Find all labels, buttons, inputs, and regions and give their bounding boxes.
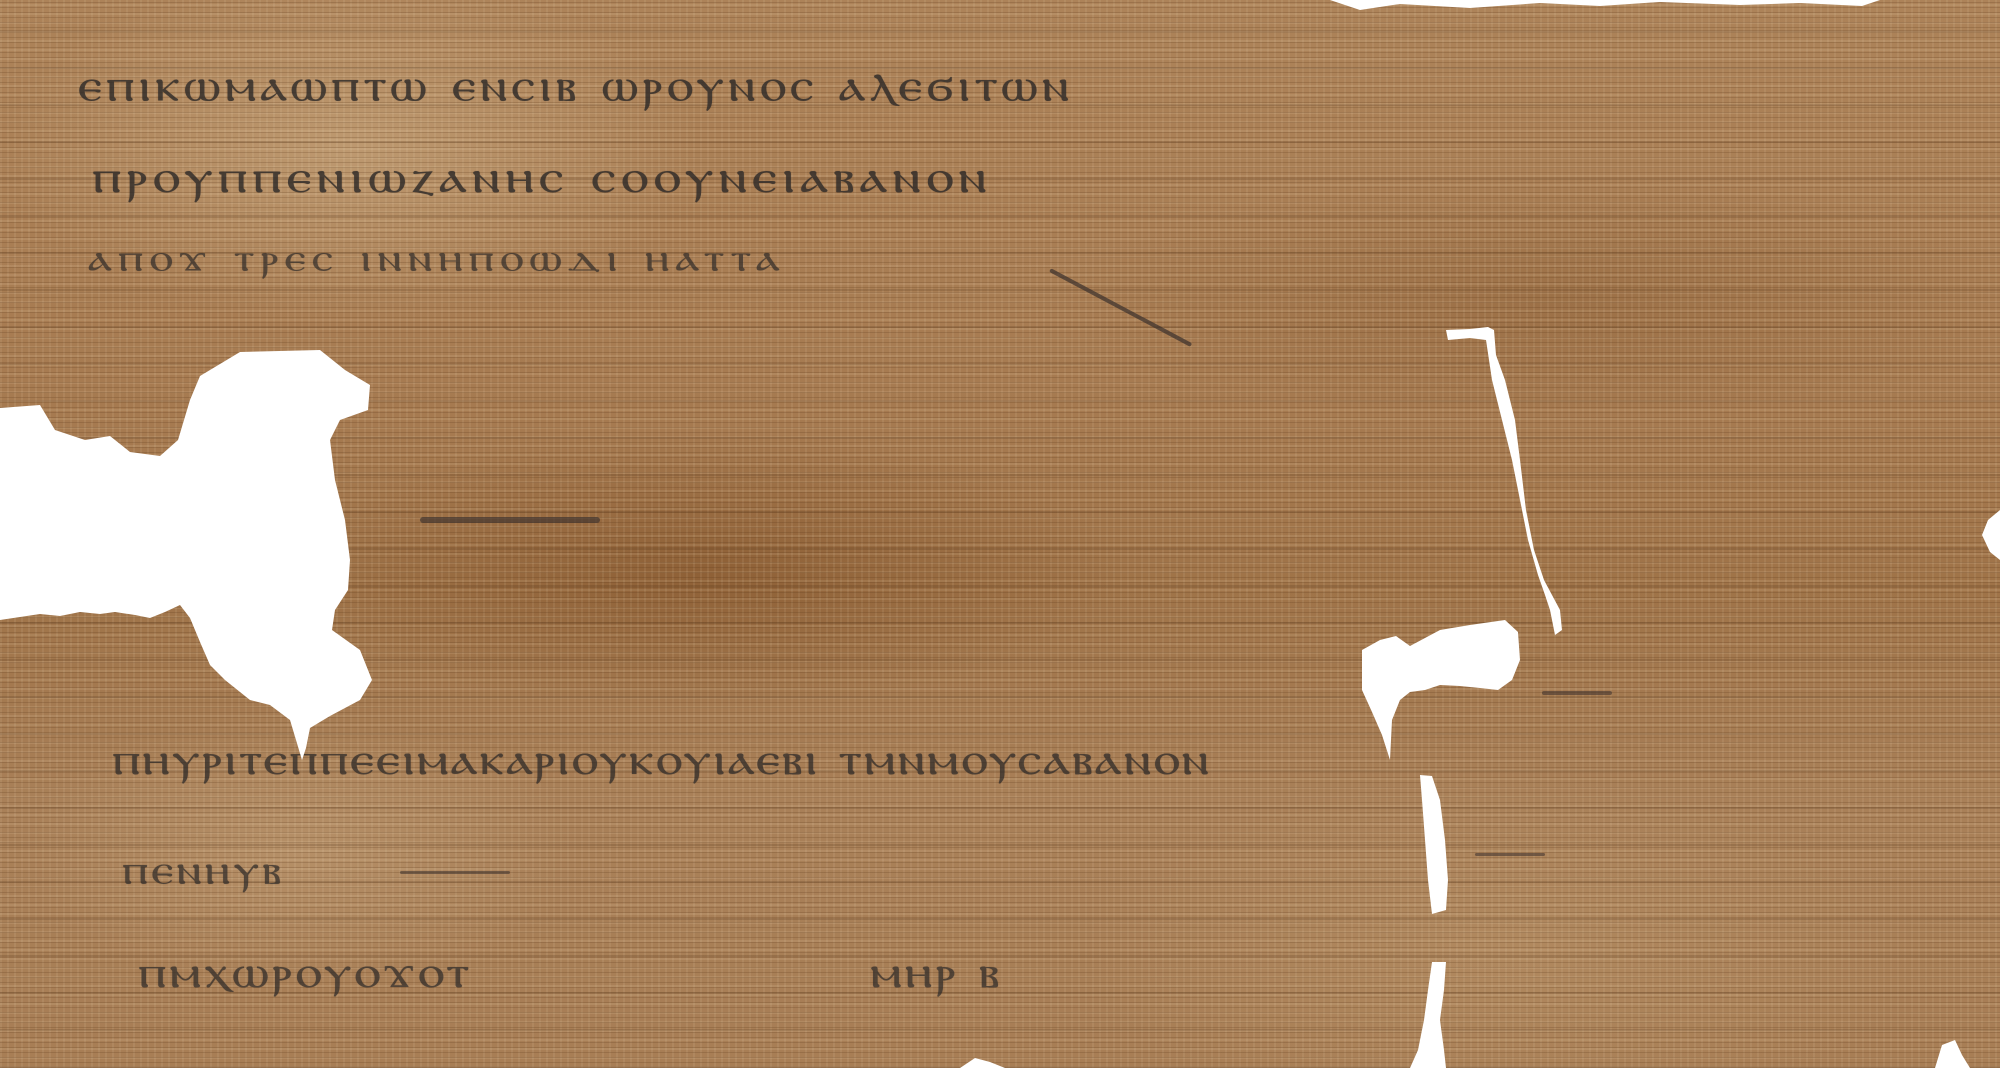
ink-dash-right: [1475, 853, 1545, 856]
text-line-5: ⲡⲉⲛⲏⲩⲃ: [122, 846, 284, 894]
text-line-1: ⲉⲡⲓⲕⲱⲙⲁⲱⲡⲧⲱ ⲉⲛⲥⲓⲃ ⲱⲣⲟⲩⲛⲟⲥ ⲁⲗⲉϭⲓⲧⲱⲛ: [78, 58, 1073, 112]
ink-dash-line5: [400, 871, 510, 874]
text-line-6-suffix: ⲙⲏⲣ ⲃ: [870, 946, 1002, 998]
text-line-6: ⲡⲙⲭⲱⲣⲟⲩⲟϫⲟⲧ: [138, 946, 472, 998]
text-line-3: ⲁⲡⲟϫ ⲧⲣⲉⲥ ⲓⲛⲛⲏⲡⲟⲱⲇⲓ ⲏⲁⲧⲧⲁ: [88, 236, 786, 280]
text-line-2: ⲡⲣⲟⲩⲡⲡⲉⲛⲓⲱⲍⲁⲛⲏⲥ ⲥⲟⲟⲩⲛⲉⲓⲁⲃⲁⲛⲟⲛ: [92, 150, 992, 204]
ink-overline-line4: [1542, 691, 1612, 695]
ink-dash-mid: [420, 517, 600, 523]
text-line-4: ⲡⲏⲩⲣⲓⲧⲉⲡⲡⲉⲉⲓⲙⲁⲕⲁⲣⲓⲟⲩⲕⲟⲩⲓⲁⲉⲃⲓ ⲧⲙⲛⲙⲟⲩⲥⲁⲃⲁⲛ…: [112, 733, 1211, 785]
